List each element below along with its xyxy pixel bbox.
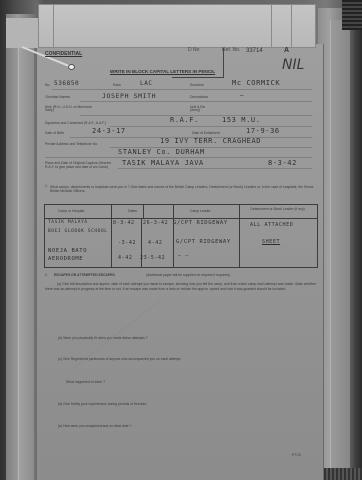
- surname-label: Surname: [190, 84, 204, 87]
- rank-value: LAC: [140, 81, 153, 87]
- row2-from: -3-42: [118, 241, 136, 246]
- squadron-label: Squadron and Command (R.A.F., A.A.F.): [45, 122, 106, 125]
- row3-leader: — —: [178, 254, 189, 259]
- no-value: 536850: [54, 81, 79, 87]
- row2-leader: G/CPT RIDGEWAY: [176, 240, 231, 246]
- no-label: No.: [45, 84, 50, 87]
- row1-from: 8-3-42: [113, 221, 135, 226]
- rule: [52, 89, 312, 90]
- col-divider: [143, 205, 144, 219]
- col-header-dates: Dates.: [128, 210, 138, 213]
- christian-names-label: Christian Names: [45, 96, 70, 99]
- row1-to: 26-3-42: [143, 221, 168, 226]
- dob-label: Date of Birth: [45, 132, 64, 135]
- section2-question-c2: What happened to them ?: [66, 381, 105, 384]
- christian-names-value: JOSEPH SMITH: [102, 93, 156, 100]
- section1-question: What camps, detachments or hospitals wer…: [50, 185, 318, 194]
- address-line2: STANLEY Co. DURHAM: [118, 149, 205, 156]
- section2-number: 2.: [45, 274, 48, 277]
- col-divider: [239, 205, 240, 267]
- col-header-camp-leader: Camp Leader.: [190, 210, 211, 213]
- row3-from: 4-42: [118, 256, 132, 261]
- section2-question-d: (d) Give briefly your experiences during…: [58, 403, 147, 406]
- rank-label: Rank: [113, 84, 121, 87]
- decorations-value: —: [240, 93, 244, 99]
- instruction-heading: WRITE IN BLOCK CAPITAL LETTERS IN PENCIL: [110, 70, 215, 75]
- capture-label: Place and Date of Original Capture (Airc…: [45, 162, 119, 170]
- squadron-value: R.A.F.: [170, 117, 199, 124]
- row3-camp: NOEJA BATO AERODROME: [48, 248, 112, 263]
- capture-place-value: TASIK MALAYA JAVA: [122, 160, 204, 167]
- unit-div-label: Unit & Div (Army): [190, 106, 216, 113]
- row2-to: 4-42: [148, 241, 162, 246]
- row1-leader: G/CPT RIDGEWAY: [173, 221, 228, 227]
- cutting-mat-corner: [342, 0, 362, 30]
- section2-question-c: (c) Give Regimental particulars of anyon…: [58, 358, 181, 361]
- enlistment-value: 17-9-36: [246, 128, 280, 135]
- ref-number: 33714: [246, 48, 263, 54]
- row1-detachment: ALL ATTACHED: [250, 223, 293, 228]
- ship-label: Ship (R.N., U.S.N. or Merchant Navy): [45, 106, 95, 113]
- classification-label: CONFIDENTIAL: [45, 52, 82, 57]
- section2-heading: ESCAPES OR ATTEMPTED ESCAPES.: [54, 274, 116, 277]
- address-line1: 19 IVY TERR. CRAGHEAD: [160, 138, 261, 145]
- col-header-camp: Camp or Hospital.: [58, 210, 85, 213]
- folded-top-tab: [38, 4, 316, 48]
- row2-camp: BOEI GLODOK SCHOOL: [48, 230, 108, 235]
- surname-value: Mc CORMICK: [232, 80, 280, 87]
- ref-stamp: D No: [188, 48, 199, 53]
- col-header-detachment: Detachment or Block Leader (if any).: [250, 207, 306, 211]
- nil-annotation: NIL: [282, 58, 304, 72]
- ref-label: Ref. No.: [222, 48, 240, 53]
- section2-note: (Additional paper will be supplied on re…: [146, 274, 231, 277]
- rule: [110, 126, 312, 127]
- section2-question-e: (e) How were you recaptured and on what …: [58, 425, 132, 428]
- section1-number: 1.: [45, 185, 48, 188]
- row1-camp: TASIK MALAYA: [48, 221, 88, 226]
- ref-letter: A: [284, 47, 289, 54]
- rule: [80, 101, 312, 102]
- rule: [118, 168, 312, 169]
- address-label: Private Address and Telephone No.: [45, 143, 98, 146]
- back-sheet-left-edge: [18, 30, 34, 480]
- string-knot-icon: [68, 64, 75, 70]
- rule: [45, 157, 312, 158]
- capture-date-value: 8-3-42: [268, 160, 297, 167]
- section2-question-a: (a) Give full description and approx. da…: [45, 282, 319, 291]
- col-divider: [173, 205, 174, 267]
- section2-question-b: (b) Were you physically fit when you mad…: [58, 337, 148, 340]
- row2-detachment: SHEET: [262, 240, 280, 245]
- pto-label: P.T.O.: [292, 454, 302, 458]
- squadron-unit-value: 153 M.U.: [222, 117, 261, 124]
- tag-tab: [6, 18, 40, 48]
- dob-value: 24-3-17: [92, 128, 126, 135]
- rule: [110, 147, 312, 148]
- enlistment-label: Date of Enlistment: [192, 132, 220, 135]
- decorations-label: Decorations: [190, 96, 208, 99]
- back-sheet-right-edge: [330, 20, 350, 475]
- row3-to: 23-5-42: [140, 256, 165, 261]
